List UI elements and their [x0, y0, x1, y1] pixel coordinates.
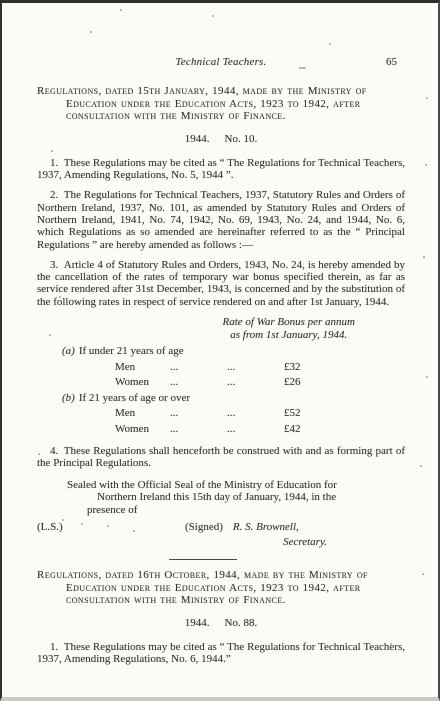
- sealing-line: Northern Ireland this 15th day of Januar…: [37, 491, 405, 504]
- table-category-row: (a)If under 21 years of age: [37, 345, 405, 357]
- regulation-1-heading: Regulations, dated 15th January, 1944, m…: [37, 85, 405, 123]
- sealing-line: Sealed with the Official Seal of the Min…: [37, 479, 405, 492]
- scan-speckle: [426, 97, 428, 99]
- leader-dots: ...: [227, 361, 284, 373]
- leader-dots: ...: [170, 423, 227, 435]
- paragraph-3: 3. Article 4 of Statutory Rules and Orde…: [37, 259, 405, 308]
- heading-line: Regulations, dated 16th October, 1944, m…: [37, 569, 405, 582]
- regulation-1-number: 1944.No. 10.: [37, 133, 405, 145]
- signatory-name: R. S. Brownell,: [233, 521, 299, 533]
- heading-line: Education under the Education Acts, 1923…: [37, 98, 405, 111]
- sealing-clause: Sealed with the Official Seal of the Min…: [37, 479, 405, 517]
- scan-speckle: [62, 519, 64, 521]
- scan-speckle: [120, 9, 122, 11]
- scan-speckle: [422, 573, 424, 575]
- leader-dots: ...: [227, 376, 284, 388]
- signature-row: (L.S.) (Signed)R. S. Brownell,: [37, 521, 405, 534]
- table-row: Men ... ... £52: [37, 407, 405, 419]
- regulation-no: No. 10.: [225, 133, 258, 145]
- scan-speckle: [38, 453, 40, 455]
- scan-speckle: [426, 376, 428, 378]
- heading-line: Regulations, dated 15th January, 1944, m…: [37, 85, 405, 98]
- scan-speckle: [425, 164, 427, 166]
- scan-speckle: [423, 256, 425, 258]
- scan-speckle: [90, 31, 92, 33]
- row-value: £42: [284, 423, 405, 435]
- paragraph-4: 4. These Regulations shall henceforth be…: [37, 445, 405, 470]
- caption-line: Rate of War Bonus per annum: [222, 316, 355, 329]
- heading-line: consultation with the Ministry of Financ…: [37, 594, 405, 607]
- page-header: Technical Teachers. 65: [37, 56, 405, 69]
- row-label: Men: [115, 407, 170, 419]
- table-row: Men ... ... £32: [37, 361, 405, 373]
- bonus-table-caption: Rate of War Bonus per annum as from 1st …: [222, 316, 355, 341]
- caption-line: as from 1st January, 1944.: [222, 329, 355, 342]
- page-content: Technical Teachers. 65 Regulations, date…: [2, 3, 438, 674]
- scan-speckle: [133, 530, 135, 532]
- scan-speckle: [107, 525, 109, 527]
- row-label: Women: [115, 423, 170, 435]
- scan-speckle: [59, 296, 61, 298]
- row-label: Women: [115, 376, 170, 388]
- row-label: Men: [115, 361, 170, 373]
- heading-line: Education under the Education Acts, 1923…: [37, 582, 405, 595]
- seal-mark: (L.S.): [37, 521, 63, 533]
- row-value: £32: [284, 361, 405, 373]
- scan-speckle: [81, 523, 83, 525]
- regulation-2-number: 1944.No. 88.: [37, 617, 405, 629]
- scan-speckle: [212, 15, 214, 17]
- table-row: Women ... ... £42: [37, 423, 405, 435]
- running-title: Technical Teachers.: [37, 56, 405, 68]
- regulation-year: 1944.: [185, 133, 210, 145]
- scan-mark-dash: [299, 67, 306, 69]
- paragraph-1: 1. These Regulations may be cited as “ T…: [37, 157, 405, 182]
- page-number: 65: [386, 56, 397, 68]
- scanned-page: Technical Teachers. 65 Regulations, date…: [0, 0, 440, 701]
- heading-line: consultation with the Ministry of Financ…: [37, 110, 405, 123]
- row-value: £26: [284, 376, 405, 388]
- sealing-line: presence of: [37, 504, 405, 517]
- scan-speckle: [390, 643, 392, 645]
- category-label: If under 21 years of age: [79, 345, 184, 357]
- bonus-table: (a)If under 21 years of age Men ... ... …: [37, 345, 405, 435]
- table-category-row: (b)If 21 years of age or over: [37, 392, 405, 404]
- scan-speckle: [329, 43, 331, 45]
- leader-dots: ...: [170, 407, 227, 419]
- scan-speckle: [38, 210, 40, 212]
- scan-speckle: [51, 150, 53, 152]
- row-value: £52: [284, 407, 405, 419]
- scan-speckle: [49, 334, 51, 336]
- leader-dots: ...: [227, 423, 284, 435]
- signatory-title: Secretary.: [37, 536, 327, 548]
- paragraph-2: 2. The Regulations for Technical Teacher…: [37, 189, 405, 250]
- leader-dots: ...: [170, 376, 227, 388]
- leader-dots: ...: [227, 407, 284, 419]
- category-label: If 21 years of age or over: [79, 392, 190, 404]
- section-divider: [169, 559, 237, 560]
- signature: (Signed)R. S. Brownell,: [185, 521, 299, 533]
- table-row: Women ... ... £26: [37, 376, 405, 388]
- signed-label: (Signed): [185, 521, 223, 533]
- regulation-no: No. 88.: [225, 617, 258, 629]
- regulation-2-heading: Regulations, dated 16th October, 1944, m…: [37, 569, 405, 607]
- regulation-year: 1944.: [185, 617, 210, 629]
- scan-speckle: [420, 465, 422, 467]
- category-marker: (b): [62, 392, 75, 404]
- category-marker: (a): [62, 345, 75, 357]
- regulation-2-paragraph-1: 1. These Regulations may be cited as “ T…: [37, 641, 405, 666]
- leader-dots: ...: [170, 361, 227, 373]
